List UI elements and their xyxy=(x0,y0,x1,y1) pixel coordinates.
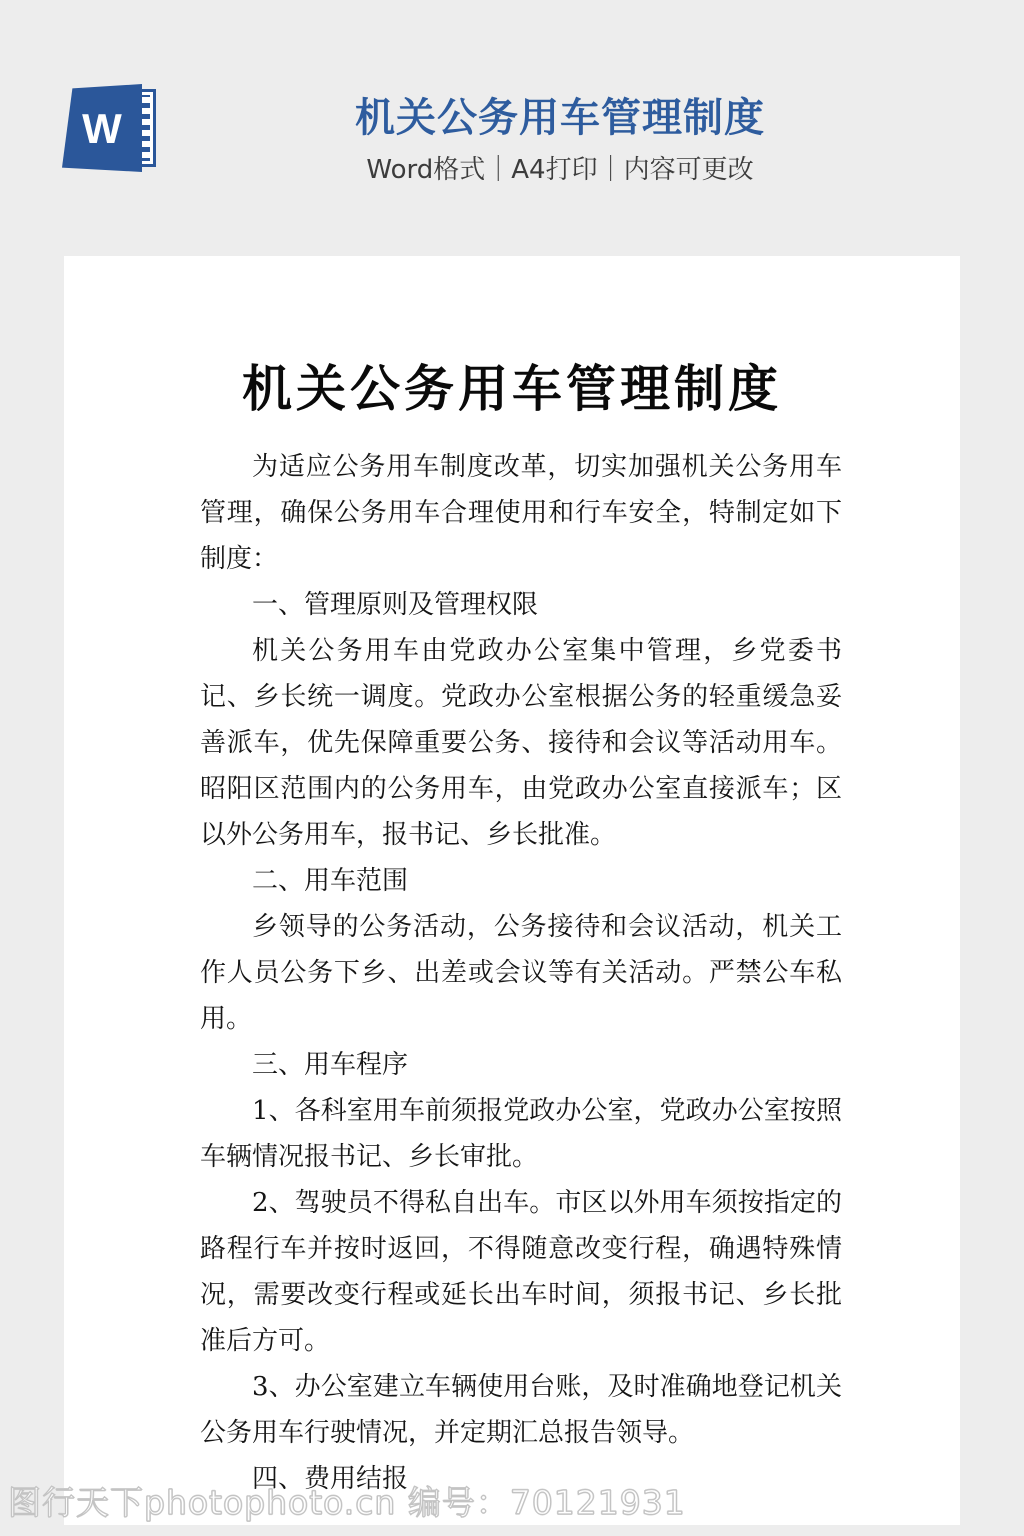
document-title: 机关公务用车管理制度 xyxy=(64,256,960,420)
doc-paragraph: 为适应公务用车制度改革，切实加强机关公务用车管理，确保公务用车合理使用和行车安全… xyxy=(200,444,842,582)
doc-paragraph: 二、用车范围 xyxy=(200,858,842,904)
template-header: W 机关公务用车管理制度 Word格式｜A4打印｜内容可更改 xyxy=(0,0,1024,256)
doc-paragraph: 2、驾驶员不得私自出车。市区以外用车须按指定的路程行车并按时返回，不得随意改变行… xyxy=(200,1180,842,1364)
doc-paragraph: 三、用车程序 xyxy=(200,1042,842,1088)
doc-paragraph: 一、管理原则及管理权限 xyxy=(200,582,842,628)
header-text-block: 机关公务用车管理制度 Word格式｜A4打印｜内容可更改 xyxy=(96,94,1024,185)
document-page: 机关公务用车管理制度 为适应公务用车制度改革，切实加强机关公务用车管理，确保公务… xyxy=(64,256,960,1525)
doc-paragraph: 乡领导的公务活动，公务接待和会议活动，机关工作人员公务下乡、出差或会议等有关活动… xyxy=(200,904,842,1042)
doc-paragraph: 1、各科室用车前须报党政办公室，党政办公室按照车辆情况报书记、乡长审批。 xyxy=(200,1088,842,1180)
document-body: 为适应公务用车制度改革，切实加强机关公务用车管理，确保公务用车合理使用和行车安全… xyxy=(64,444,960,1502)
template-title: 机关公务用车管理制度 xyxy=(96,94,1024,142)
site-watermark: 图行天下photophoto.cn 编号：70121931 xyxy=(8,1483,686,1523)
doc-paragraph: 机关公务用车由党政办公室集中管理，乡党委书记、乡长统一调度。党政办公室根据公务的… xyxy=(200,628,842,858)
doc-paragraph: 3、办公室建立车辆使用台账，及时准确地登记机关公务用车行驶情况，并定期汇总报告领… xyxy=(200,1364,842,1456)
template-subtitle: Word格式｜A4打印｜内容可更改 xyxy=(96,155,1024,185)
